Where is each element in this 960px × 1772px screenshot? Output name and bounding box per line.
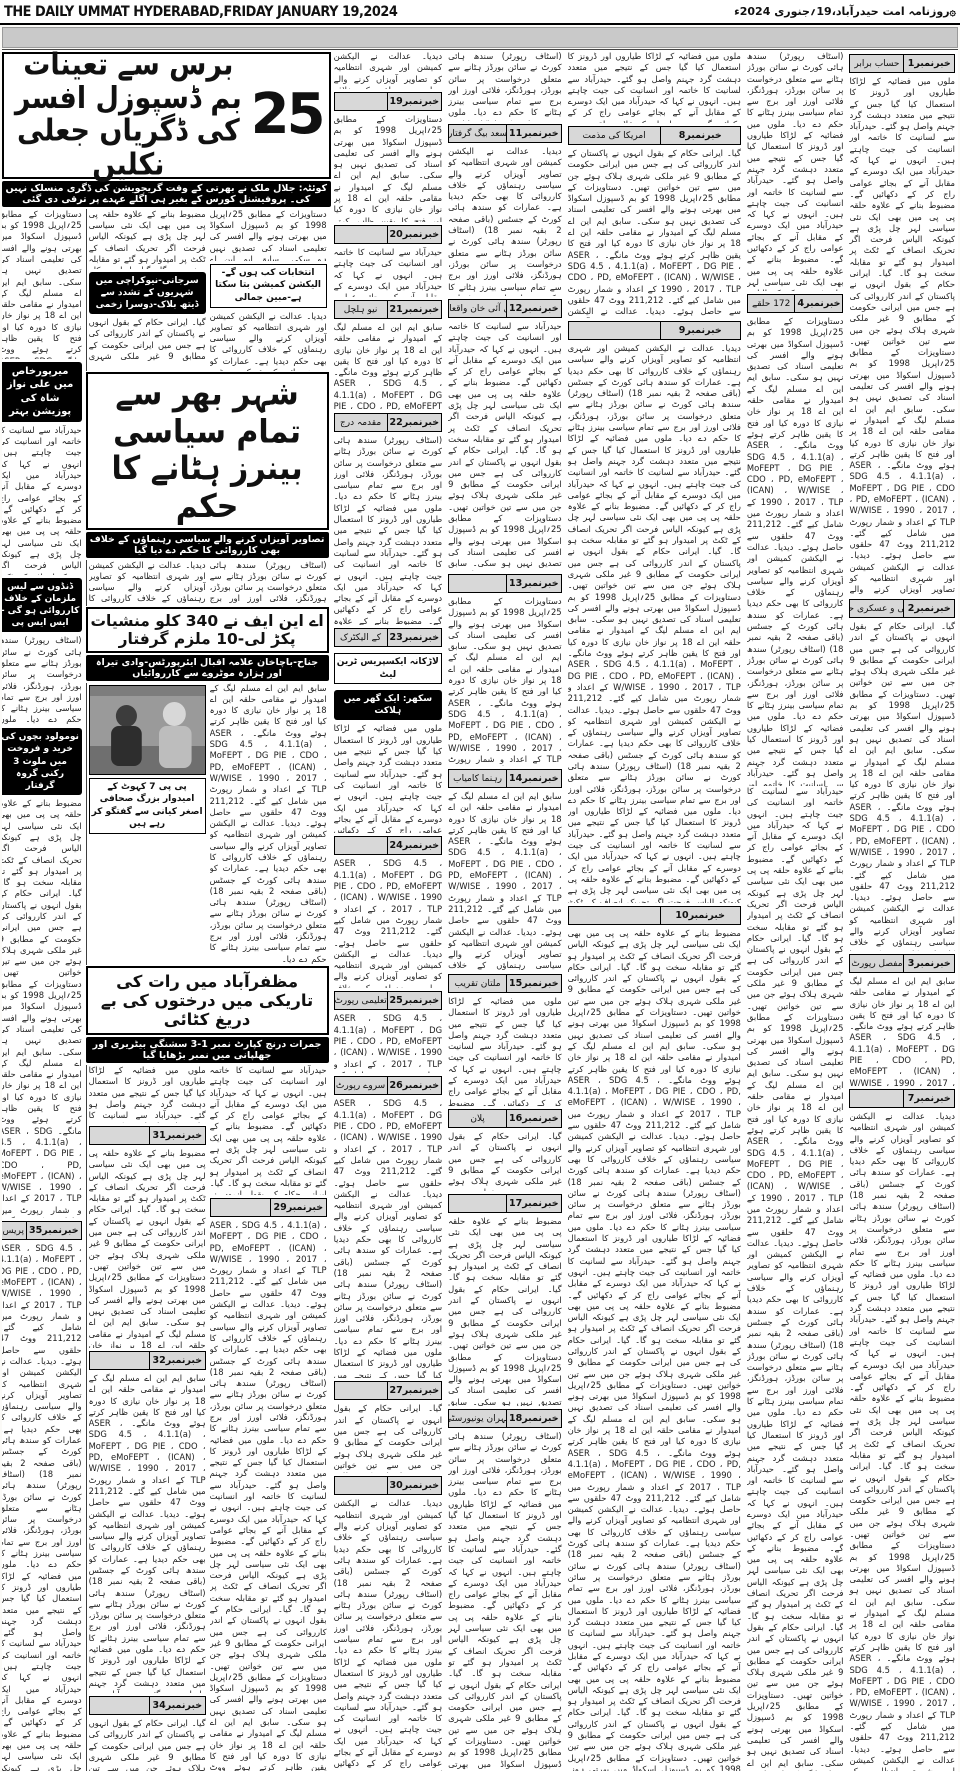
news-number: خبرنمبر16 — [506, 1110, 561, 1127]
body-text: ملوں میں فضائیہ کے لڑاکا طیاروں اور ڈرون… — [334, 723, 443, 833]
news-number: خبرنمبر10 — [660, 907, 740, 924]
photo-cell: پی پی 7 کہوٹ کے امیدوار بزرگ صحافی اصغر … — [86, 683, 208, 965]
body-text: دیدیا۔ عدالت نے الیکشن کمیشن اور شہری ان… — [334, 1498, 443, 1771]
body-text: دستاویزات کے مطابق 25؍اپریل 1998 کو بم ڈ… — [747, 316, 844, 786]
news-title — [335, 226, 387, 243]
headline-banners-text: شہر بھر سے تمام سیاسی بینرز ہٹانے کا حکم — [88, 367, 327, 533]
masthead-english-title: THE DAILY UMMAT HYDERABAD,FRIDAY JANUARY… — [4, 4, 397, 20]
news-number: خبرنمبر22 — [387, 414, 442, 431]
masthead-divider-bar — [2, 27, 958, 48]
mini-headline-newborn: نومولود بچوں کی خرید و فروخت میں ملوث 3 … — [2, 728, 82, 795]
news-item-badge: خبرنمبر19 — [334, 92, 443, 111]
news-item-badge: خبرنمبر8 امریکا کی مذمت — [568, 126, 741, 145]
mini-headline-elections: انتخابات کب ہوں گے-الیکشن کمیشن بتا سکتا… — [210, 264, 327, 308]
news-title — [335, 837, 387, 854]
body-text: سابق ایم این اے مسلم لیگ کے امیدوار نے م… — [210, 683, 327, 965]
mini-headline-mirpurkhas: میرپورخاص میں علی نواز شاہ کی پوزیشن بہت… — [2, 362, 82, 422]
news-title: سروے رپورٹ — [335, 1077, 387, 1094]
news-number: خبرنمبر32 — [149, 1352, 205, 1369]
news-item-badge: خبرنمبر2 قومی و عسکری حکام — [849, 599, 955, 618]
body-text: گیا۔ ایرانی حکام کے بقول انہوں نے پاکستا… — [89, 317, 206, 363]
news-item-badge: خبرنمبر22 مقدمہ درج — [334, 413, 443, 432]
column-1: خبرنمبر1 حساب برابر ملوں میں فضائیہ کے ل… — [846, 50, 958, 1772]
news-number: خبرنمبر20 — [387, 226, 442, 243]
news-title: ملتان تقریب — [449, 975, 506, 992]
news-item-badge: خبرنمبر27 — [334, 1381, 443, 1400]
news-title: تعلیمی رپورٹ — [335, 992, 387, 1009]
headline-trees-box: مظفرآباد میں رات کی تاریکی میں درختوں کی… — [86, 966, 329, 1035]
news-title — [90, 1127, 149, 1144]
news-number: خبرنمبر29 — [270, 1199, 326, 1216]
left-group-body: دستاویزات کے مطابق 25؍اپریل 1998 کو بم ڈ… — [2, 209, 331, 1771]
news-number: خبرنمبر14 — [506, 770, 561, 787]
column-2: (اسٹاف رپورٹر) سندھ ہائی کورٹ نے سائن بو… — [744, 50, 847, 1772]
body-text: دیدیا۔ عدالت نے الیکشن کمیشن اور شہری ان… — [89, 560, 206, 606]
news-title: ڈی آئی خان واقعات — [449, 300, 506, 317]
photo-row: سابق ایم این اے مسلم لیگ کے امیدوار نے م… — [86, 683, 329, 965]
body-text: (اسٹاف رپورٹر) سندھ ہائی کورٹ نے سائن بو… — [448, 1431, 562, 1771]
news-number: خبرنمبر24 — [387, 837, 442, 854]
news-number: خبرنمبر13 — [506, 575, 561, 592]
news-title: پلان — [449, 1110, 506, 1127]
news-title: حساب برابر — [850, 55, 903, 72]
body-text: ملوں میں فضائیہ کے لڑاکا طیاروں اور ڈرون… — [568, 51, 741, 123]
news-title — [211, 1199, 270, 1216]
mini-headline-larkana: لاڑکانہ ایکسپریس ٹرین لیٹ — [334, 653, 443, 684]
news-title: انٹرا پریس کلب — [2, 1222, 26, 1239]
news-item-badge: خبرنمبر17 — [448, 1194, 562, 1213]
body-text: ASER ، SDG 4.5 ، 4.1.1(a) ، MoFEPT ، DG … — [334, 1013, 443, 1073]
photo-caption: پی پی 7 کہوٹ کے امیدوار بزرگ صحافی اصغر … — [89, 778, 206, 834]
news-item-badge: خبرنمبر35 انٹرا پریس کلب — [2, 1221, 82, 1240]
news-title — [449, 575, 506, 592]
body-text: ملوں میں فضائیہ کے لڑاکا طیاروں اور ڈرون… — [448, 996, 562, 1106]
c6-mid-left: دیدیا۔ عدالت نے الیکشن کمیشن اور شہری ان… — [86, 560, 208, 606]
news-title: مقدمہ درج — [335, 414, 387, 431]
body-text: سابق ایم این اے مسلم لیگ کے امیدوار نے م… — [849, 976, 955, 1086]
body-text: دیدیا۔ عدالت نے الیکشن کمیشن اور شہری ان… — [334, 51, 443, 89]
news-number: خبرنمبر4 — [794, 295, 842, 312]
news-number: خبرنمبر2 — [903, 600, 954, 617]
c6-top-right: دستاویزات کے مطابق 25؍اپریل 1998 کو بم ڈ… — [208, 209, 329, 371]
news-number: خبرنمبر7 — [903, 1090, 954, 1107]
headline-trees-subhead: جمرات درنج کپارٹ نمبر 1-3 سشنگی بیٹریری … — [86, 1037, 329, 1063]
news-number: خبرنمبر25 — [387, 992, 442, 1009]
body-text: ملوں میں فضائیہ کے لڑاکا طیاروں اور ڈرون… — [849, 76, 955, 596]
news-item-badge: خبرنمبر14 رہنما کامیاب — [448, 769, 562, 788]
main-headline-box: 25 برس سے تعینات بم ڈسپوزل افسر کی ڈگریا… — [2, 52, 331, 179]
mini-headline-sukkur: سکھر: ایک گھر میں ہلاکت — [334, 690, 443, 720]
headline-anf-box: اے این ایف نے 340 کلو منشیات پکڑ لی-10 م… — [86, 607, 329, 653]
column-7: دستاویزات کے مطابق 25؍اپریل 1998 کو بم ڈ… — [2, 209, 84, 1771]
news-item-badge: خبرنمبر9 — [568, 321, 741, 340]
headline-banners-subhead: تصاویر آویزاں کرنے والے سیاسی رہنماؤں کے… — [86, 532, 329, 558]
body-text: (اسٹاف رپورٹر) سندھ ہائی کورٹ نے سائن بو… — [334, 435, 443, 625]
c6-bottom-left: ملوں میں فضائیہ کے لڑاکا طیاروں اور ڈرون… — [86, 1065, 208, 1771]
news-item-badge: خبرنمبر18 مہران یونیورسٹی — [448, 1409, 562, 1428]
body-text: مضبوط بنانے کے علاوہ حلقہ پی پی میں بھی … — [2, 798, 82, 1218]
news-item-badge: خبرنمبر26 سروے رپورٹ — [334, 1076, 443, 1095]
body-text: دستاویزات کے مطابق 25؍اپریل 1998 کو بم ڈ… — [448, 596, 562, 766]
body-text: (اسٹاف رپورٹر) سندھ ہائی کورٹ نے سائن بو… — [2, 635, 82, 725]
column-6: دستاویزات کے مطابق 25؍اپریل 1998 کو بم ڈ… — [84, 209, 331, 1771]
headline-number-25: 25 — [251, 90, 323, 140]
news-number: خبرنمبر30 — [387, 1477, 442, 1494]
headline-anf-text: اے این ایف نے 340 کلو منشیات پکڑ لی-10 م… — [88, 609, 327, 651]
news-item-badge: خبرنمبر25 تعلیمی رپورٹ — [334, 991, 443, 1010]
mini-headline-ssp: ڈنڈوں سے لیس ملزمان کے خلاف کارروائی ہو … — [2, 578, 82, 633]
news-number: خبرنمبر8 — [660, 127, 740, 144]
column-4: (اسٹاف رپورٹر) سندھ ہائی کورٹ نے سائن بو… — [445, 50, 565, 1772]
news-item-badge: خبرنمبر12 ڈی آئی خان واقعات — [448, 299, 562, 318]
body-text: سابق ایم این اے مسلم لیگ کے امیدوار نے م… — [89, 1373, 206, 1693]
news-title: مفصل رپورٹ — [850, 955, 903, 972]
body-text: مضبوط بنانے کے علاوہ حلقہ پی پی میں بھی … — [89, 209, 206, 269]
news-title — [335, 1382, 387, 1399]
news-title: رہنما کامیاب — [449, 770, 506, 787]
c6-top-row: دستاویزات کے مطابق 25؍اپریل 1998 کو بم ڈ… — [86, 209, 329, 371]
news-item-badge: خبرنمبر15 ملتان تقریب — [448, 974, 562, 993]
news-item-badge: خبرنمبر1 حساب برابر — [849, 54, 955, 73]
news-title — [90, 1352, 149, 1369]
body-text: گیا۔ ایرانی حکام کے بقول انہوں نے پاکستا… — [849, 621, 955, 951]
photo-row-text: سابق ایم این اے مسلم لیگ کے امیدوار نے م… — [208, 683, 329, 965]
news-title — [335, 93, 387, 110]
news-title — [569, 907, 660, 924]
news-number: خبرنمبر11 — [506, 125, 561, 142]
news-number: خبرنمبر19 — [387, 93, 442, 110]
body-text: مضبوط بنانے کے علاوہ حلقہ پی پی میں بھی … — [89, 1148, 206, 1348]
body-text: ASER ، SDG 4.5 ، 4.1.1(a) ، MoFEPT ، DG … — [210, 1220, 327, 1771]
news-item-badge: خبرنمبر10 — [568, 906, 741, 925]
body-text: مضبوط بنانے کے علاوہ حلقہ پی پی میں بھی … — [448, 1216, 562, 1406]
news-title — [569, 322, 660, 339]
body-text: گیا۔ ایرانی حکام کے بقول انہوں نے پاکستا… — [89, 1718, 206, 1771]
column-5: دیدیا۔ عدالت نے الیکشن کمیشن اور شہری ان… — [331, 50, 446, 1772]
photo-illustration — [90, 686, 205, 774]
news-number: خبرنمبر34 — [149, 1697, 205, 1714]
news-title: سعد بیگ گرفتار — [449, 125, 506, 142]
body-text: ASER ، SDG 4.5 ، 4.1.1(a) ، MoFEPT ، DG … — [334, 858, 443, 988]
news-title: نیو ہلچل — [335, 301, 387, 318]
news-number: خبرنمبر12 — [506, 300, 561, 317]
body-text: (اسٹاف رپورٹر) سندھ ہائی کورٹ نے سائن بو… — [448, 51, 562, 121]
news-number: خبرنمبر3 — [903, 955, 954, 972]
news-number: خبرنمبر35 — [26, 1222, 81, 1239]
main-headline-text: برس سے تعینات بم ڈسپوزل افسر کی ڈگریاں ج… — [10, 50, 247, 182]
news-item-badge: خبرنمبر3 مفصل رپورٹ — [849, 954, 955, 973]
body-text: مضبوط بنانے کے علاوہ حلقہ پی پی میں بھی … — [568, 928, 741, 1771]
body-text: گیا۔ ایرانی حکام کے بقول انہوں نے پاکستا… — [568, 148, 741, 318]
body-text: دستاویزات کے مطابق 25؍اپریل 1998 کو بم ڈ… — [334, 114, 443, 222]
body-text: دیدیا۔ عدالت نے الیکشن کمیشن اور شہری ان… — [568, 343, 741, 903]
body-text: دستاویزات کے مطابق 25؍اپریل 1998 کو بم ڈ… — [2, 209, 82, 359]
body-text: دیدیا۔ عدالت نے الیکشن کمیشن اور شہری ان… — [210, 311, 327, 371]
mini-headline-surjani: سرجانی-نیوکراچی میں شہریوں کے تشدد سے ڈی… — [89, 272, 206, 314]
news-item-badge: خبرنمبر7 — [849, 1089, 955, 1108]
news-item-badge: خبرنمبر34 — [89, 1696, 206, 1715]
news-item-badge: خبرنمبر23 کے الیکٹرک — [334, 628, 443, 647]
body-text: ASER ، SDG 4.5 ، 4.1.1(a) ، MoFEPT ، DG … — [2, 1243, 82, 1771]
news-item-badge: خبرنمبر21 نیو ہلچل — [334, 300, 443, 319]
main-headline-subhead: کوئٹہ: جلال ملک نے بھرتی کے وقت گریجویشن… — [2, 181, 331, 207]
body-text: (اسٹاف رپورٹر) سندھ ہائی کورٹ نے سائن بو… — [210, 560, 327, 606]
body-text: حیدرآباد سے لسانیت کا خاتمہ اور انسانیت … — [210, 1065, 327, 1195]
body-text: دیدیا۔ عدالت نے الیکشن کمیشن اور شہری ان… — [448, 146, 562, 296]
body-text: ملوں میں فضائیہ کے لڑاکا طیاروں اور ڈرون… — [89, 1065, 206, 1123]
body-text: سابق ایم این اے مسلم لیگ کے امیدوار نے م… — [334, 322, 443, 410]
c6-mid-row: (اسٹاف رپورٹر) سندھ ہائی کورٹ نے سائن بو… — [86, 560, 329, 606]
headline-trees-text: مظفرآباد میں رات کی تاریکی میں درختوں کی… — [88, 968, 327, 1033]
masthead: THE DAILY UMMAT HYDERABAD,FRIDAY JANUARY… — [0, 0, 960, 25]
news-item-badge: خبرنمبر29 — [210, 1198, 327, 1217]
news-number: خبرنمبر18 — [506, 1410, 561, 1427]
headline-anf-subhead: جناح-باچاخان علامہ اقبال ایئرپورٹس-وادی … — [86, 655, 329, 681]
body-text: دیدیا۔ عدالت نے الیکشن کمیشن اور شہری ان… — [849, 1111, 955, 1771]
news-title: مہران یونیورسٹی — [449, 1410, 506, 1427]
body-text: گیا۔ ایرانی حکام کے بقول انہوں نے پاکستا… — [448, 1131, 562, 1191]
news-item-badge: خبرنمبر31 — [89, 1126, 206, 1145]
news-number: خبرنمبر31 — [149, 1127, 205, 1144]
news-number: خبرنمبر15 — [506, 975, 561, 992]
c6-bottom-row: حیدرآباد سے لسانیت کا خاتمہ اور انسانیت … — [86, 1065, 329, 1771]
news-title: امریکا کی مذمت — [569, 127, 660, 144]
c6-top-left: مضبوط بنانے کے علاوہ حلقہ پی پی میں بھی … — [86, 209, 208, 371]
news-title — [850, 1090, 903, 1107]
news-title: قومی و عسکری حکام — [850, 600, 903, 617]
news-item-badge: خبرنمبر16 پلان — [448, 1109, 562, 1128]
headline-banners-box: شہر بھر سے تمام سیاسی بینرز ہٹانے کا حکم — [86, 372, 329, 530]
body-text: دستاویزات کے مطابق 25؍اپریل 1998 کو بم ڈ… — [210, 209, 327, 261]
news-number: خبرنمبر21 — [387, 301, 442, 318]
news-item-badge: خبرنمبر20 — [334, 225, 443, 244]
news-item-badge: خبرنمبر4 172 حلقے — [747, 294, 844, 313]
news-number: خبرنمبر17 — [506, 1195, 561, 1212]
body-text: حیدرآباد سے لسانیت کا خاتمہ اور انسانیت … — [448, 321, 562, 571]
news-number: خبرنمبر9 — [660, 322, 740, 339]
c6-mid-right: (اسٹاف رپورٹر) سندھ ہائی کورٹ نے سائن بو… — [208, 560, 329, 606]
body-text: گیا۔ ایرانی حکام کے بقول انہوں نے پاکستا… — [334, 1403, 443, 1473]
c6-bottom-right: حیدرآباد سے لسانیت کا خاتمہ اور انسانیت … — [208, 1065, 329, 1771]
news-title: 172 حلقے — [748, 295, 795, 312]
news-title: کے الیکٹرک — [335, 629, 387, 646]
news-title — [335, 1477, 387, 1494]
column-3: ملوں میں فضائیہ کے لڑاکا طیاروں اور ڈرون… — [565, 50, 744, 1772]
news-photo — [89, 685, 206, 775]
news-number: خبرنمبر26 — [387, 1077, 442, 1094]
news-item-badge: خبرنمبر11 سعد بیگ گرفتار — [448, 124, 562, 143]
left-headline-group: 25 برس سے تعینات بم ڈسپوزل افسر کی ڈگریا… — [2, 50, 331, 1772]
news-item-badge: خبرنمبر30 — [334, 1476, 443, 1495]
body-text: حیدرآباد سے لسانیت کا خاتمہ اور انسانیت … — [334, 247, 443, 297]
body-text: حیدرآباد سے لسانیت کا خاتمہ اور انسانیت … — [2, 425, 82, 575]
body-text: سابق ایم این اے مسلم لیگ کے امیدوار نے م… — [448, 791, 562, 971]
news-number: خبرنمبر23 — [387, 629, 442, 646]
news-item-badge: خبرنمبر32 — [89, 1351, 206, 1370]
news-title — [90, 1697, 149, 1714]
news-title — [449, 1195, 506, 1212]
body-text: ASER ، SDG 4.5 ، 4.1.1(a) ، MoFEPT ، DG … — [334, 1098, 443, 1378]
masthead-urdu-date: ۞روزنامہ امت حیدرآباد،19؍جنوری 2024ء — [734, 5, 956, 18]
news-number: خبرنمبر27 — [387, 1382, 442, 1399]
news-number: خبرنمبر1 — [903, 55, 954, 72]
news-item-badge: خبرنمبر24 — [334, 836, 443, 855]
newspaper-page: خبرنمبر1 حساب برابر ملوں میں فضائیہ کے ل… — [2, 49, 958, 1772]
news-item-badge: خبرنمبر13 — [448, 574, 562, 593]
body-text: حیدرآباد سے لسانیت کا خاتمہ اور انسانیت … — [747, 786, 844, 1771]
body-text: (اسٹاف رپورٹر) سندھ ہائی کورٹ نے سائن بو… — [747, 51, 844, 291]
